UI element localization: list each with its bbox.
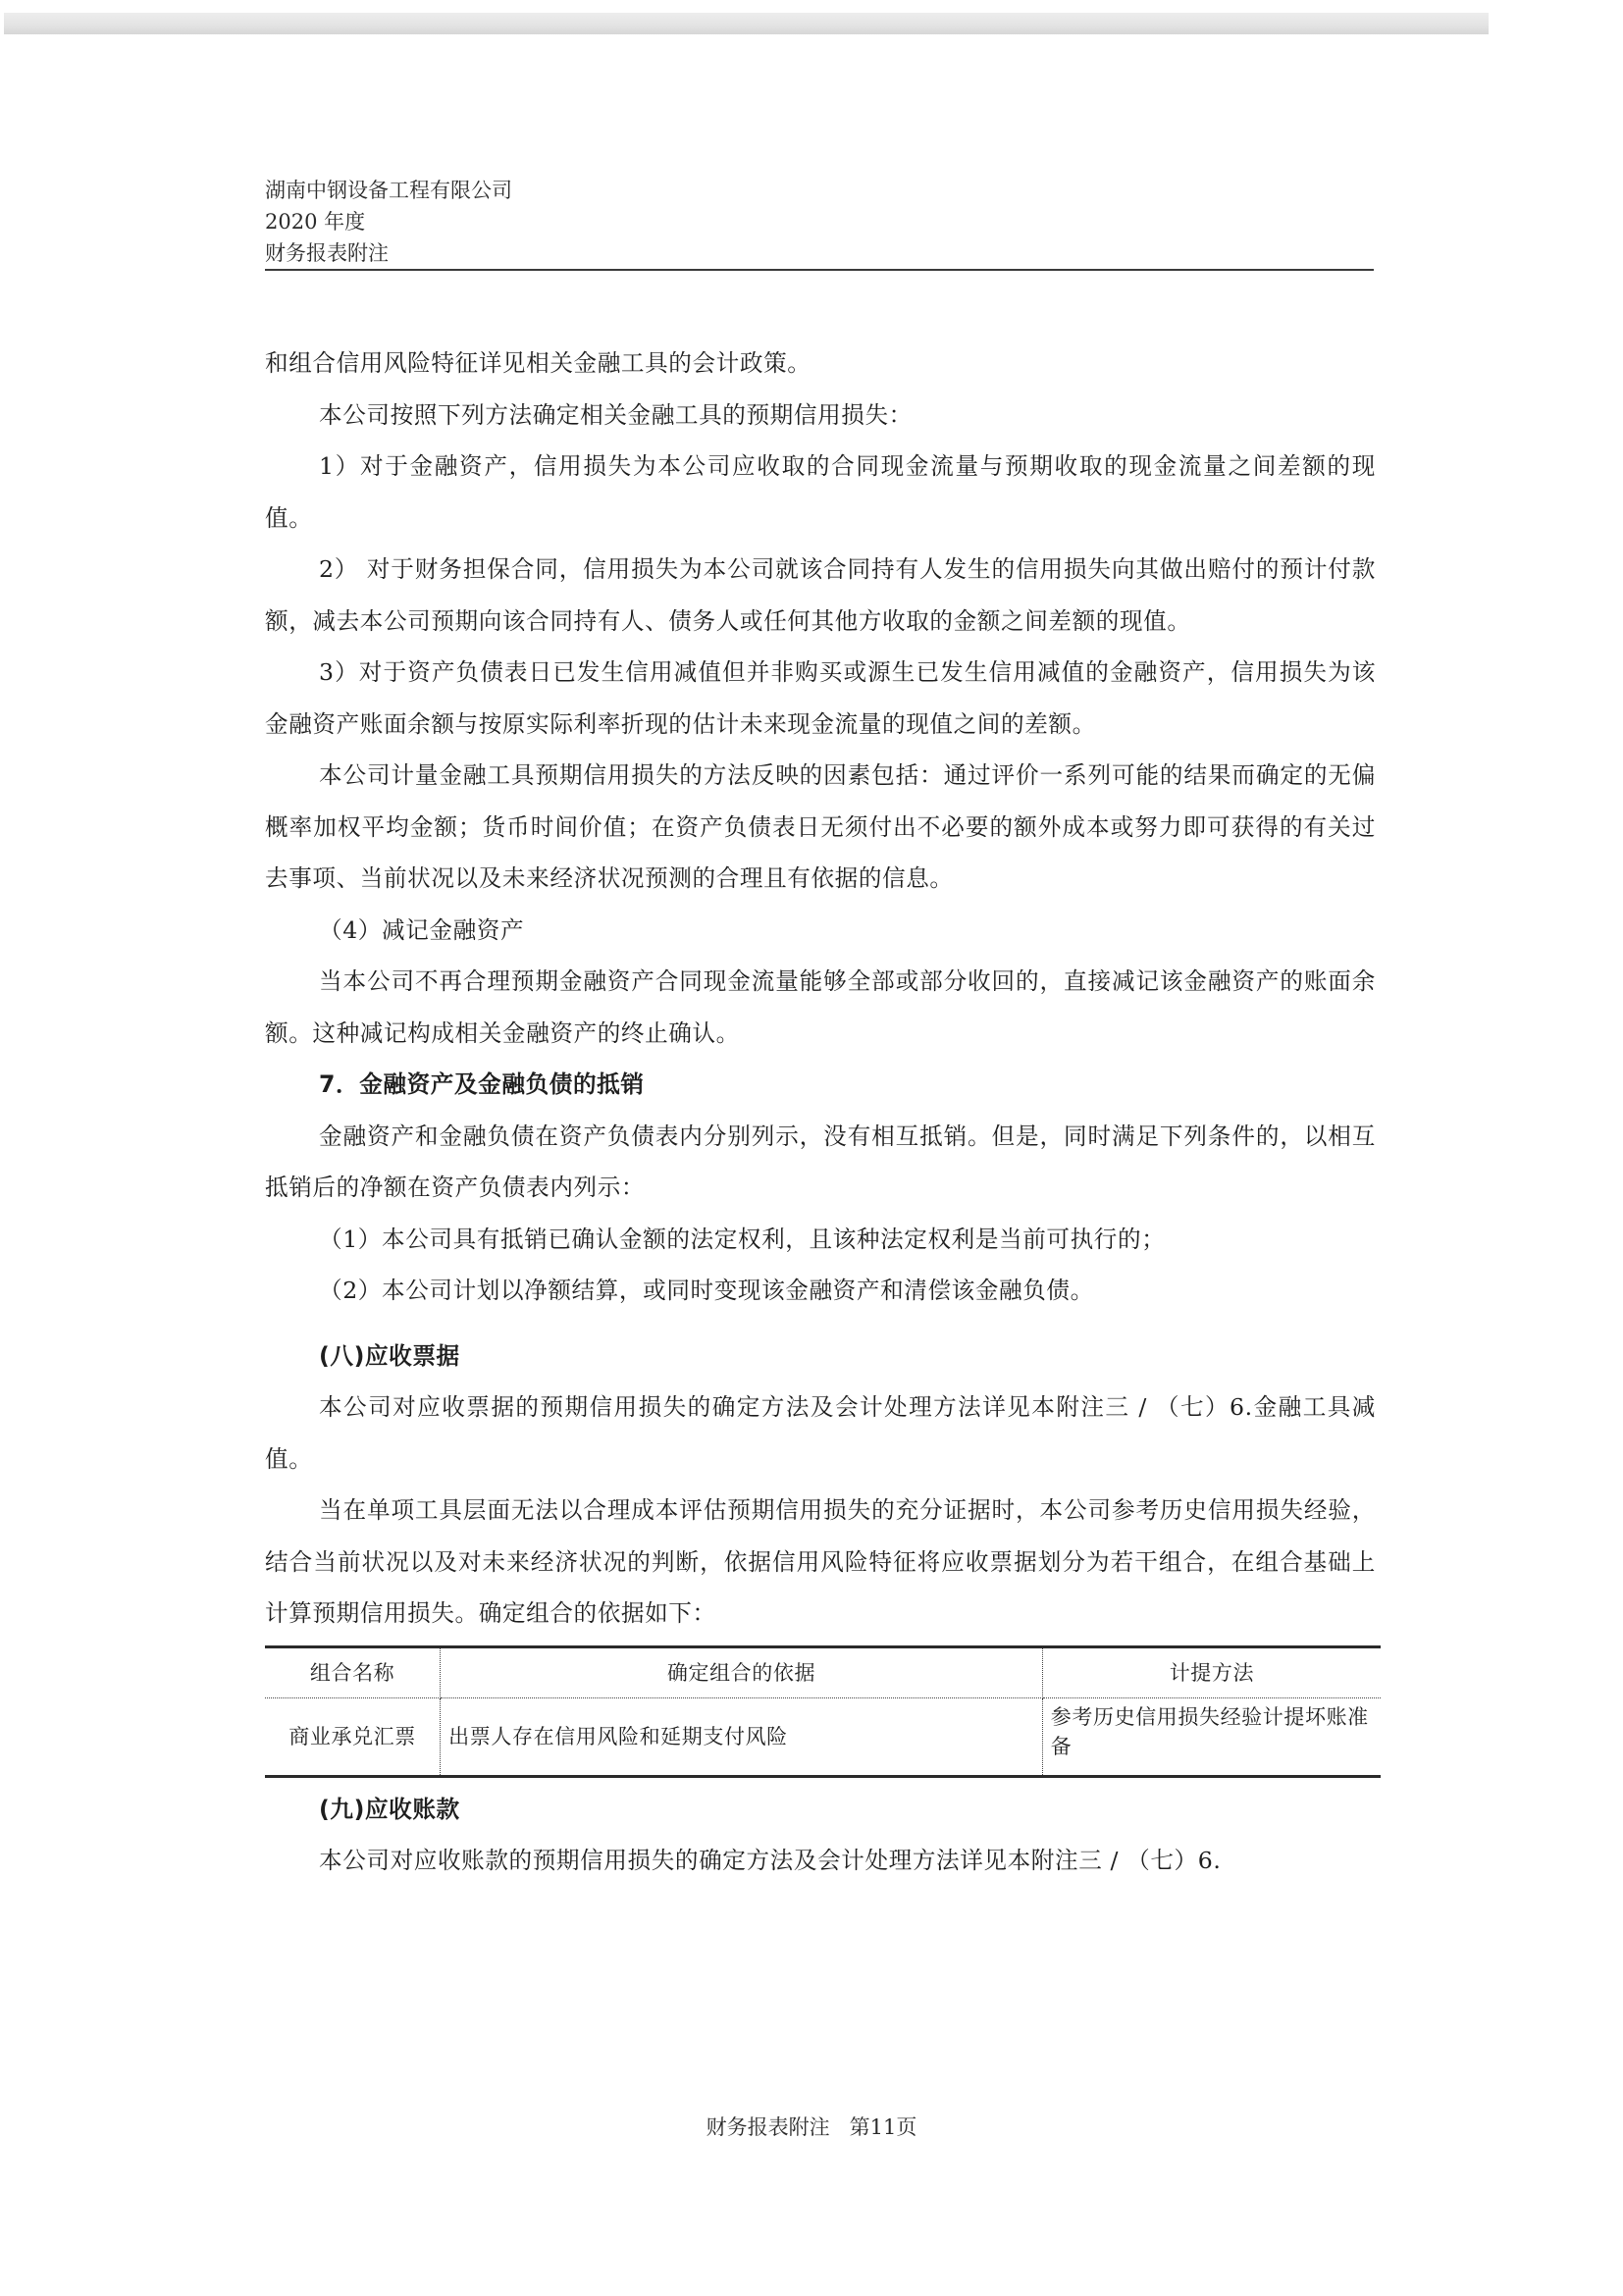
footer-label: 财务报表附注	[707, 2115, 830, 2139]
document-title: 财务报表附注	[265, 237, 1374, 269]
paragraph: 1）对于金融资产，信用损失为本公司应收取的合同现金流量与预期收取的现金流量之间差…	[265, 441, 1376, 544]
page-footer: 财务报表附注 第11页	[0, 2112, 1623, 2141]
table-header-row: 组合名称 确定组合的依据 计提方法	[265, 1646, 1381, 1697]
header-rule	[265, 269, 1374, 271]
paragraph: 本公司计量金融工具预期信用损失的方法反映的因素包括：通过评价一系列可能的结果而确…	[265, 750, 1376, 905]
table-row: 商业承兑汇票 出票人存在信用风险和延期支付风险 参考历史信用损失经验计提坏账准备	[265, 1697, 1381, 1776]
column-header: 计提方法	[1042, 1646, 1381, 1697]
column-header: 组合名称	[265, 1646, 441, 1697]
document-body: 和组合信用风险特征详见相关金融工具的会计政策。 本公司按照下列方法确定相关金融工…	[265, 338, 1376, 1887]
paragraph: 本公司按照下列方法确定相关金融工具的预期信用损失：	[265, 390, 1376, 442]
paragraph: 当本公司不再合理预期金融资产合同现金流量能够全部或部分收回的，直接减记该金融资产…	[265, 956, 1376, 1059]
paragraph: 和组合信用风险特征详见相关金融工具的会计政策。	[265, 338, 1376, 390]
page-number: 第11页	[850, 2115, 917, 2139]
running-header: 湖南中钢设备工程有限公司 2020 年度 财务报表附注	[265, 175, 1374, 269]
table-cell: 参考历史信用损失经验计提坏账准备	[1042, 1697, 1381, 1776]
paragraph: 2） 对于财务担保合同，信用损失为本公司就该合同持有人发生的信用损失向其做出赔付…	[265, 544, 1376, 647]
column-header: 确定组合的依据	[441, 1646, 1043, 1697]
list-item: （1）本公司具有抵销已确认金额的法定权利，且该种法定权利是当前可执行的；	[265, 1214, 1376, 1266]
report-year: 2020 年度	[265, 206, 1374, 237]
list-item: （2）本公司计划以净额结算，或同时变现该金融资产和清偿该金融负债。	[265, 1265, 1376, 1317]
section-heading-notes-receivable: (八)应收票据	[265, 1331, 1376, 1383]
portfolio-basis-table: 组合名称 确定组合的依据 计提方法 商业承兑汇票 出票人存在信用风险和延期支付风…	[265, 1645, 1381, 1778]
scan-edge-bar	[4, 13, 1489, 34]
section-heading-accounts-receivable: (九)应收账款	[265, 1784, 1376, 1836]
section-heading-offset: 7．金融资产及金融负债的抵销	[265, 1059, 1376, 1111]
company-name: 湖南中钢设备工程有限公司	[265, 175, 1374, 206]
table-cell: 商业承兑汇票	[265, 1697, 441, 1776]
paragraph: 当在单项工具层面无法以合理成本评估预期信用损失的充分证据时，本公司参考历史信用损…	[265, 1485, 1376, 1640]
subheading-write-down: （4）减记金融资产	[265, 905, 1376, 957]
table-cell: 出票人存在信用风险和延期支付风险	[441, 1697, 1043, 1776]
paragraph: 3）对于资产负债表日已发生信用减值但并非购买或源生已发生信用减值的金融资产，信用…	[265, 647, 1376, 750]
paragraph: 本公司对应收票据的预期信用损失的确定方法及会计处理方法详见本附注三 / （七）6…	[265, 1382, 1376, 1485]
paragraph: 本公司对应收账款的预期信用损失的确定方法及会计处理方法详见本附注三 / （七）6…	[265, 1835, 1376, 1887]
paragraph: 金融资产和金融负债在资产负债表内分别列示，没有相互抵销。但是，同时满足下列条件的…	[265, 1111, 1376, 1214]
